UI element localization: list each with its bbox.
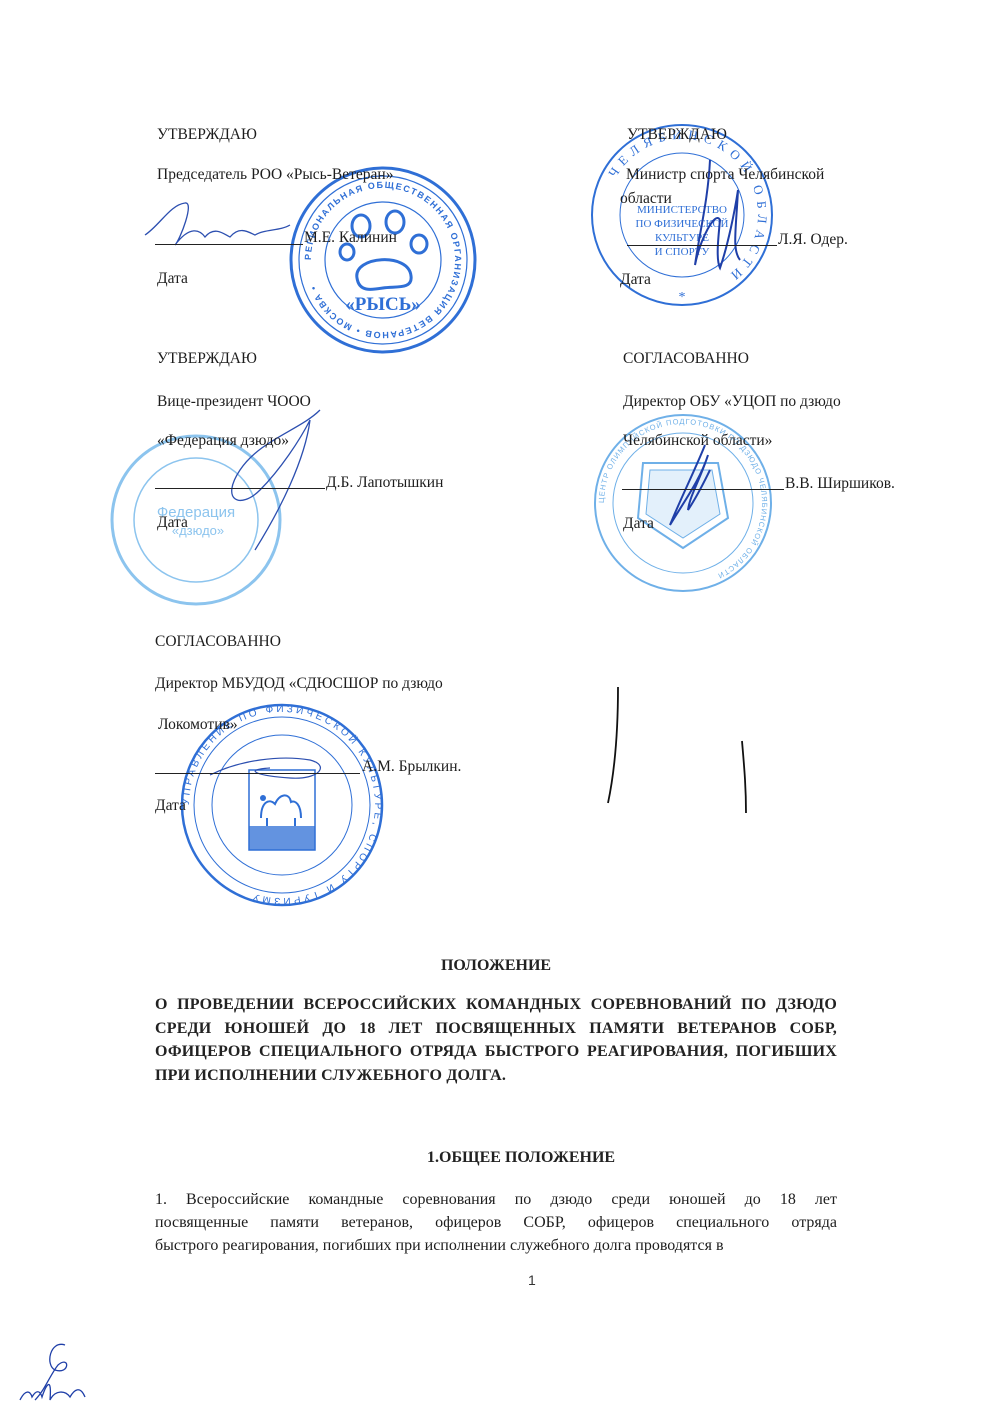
date-label: Дата [620,271,651,289]
ministry-stamp: ЧЕЛЯБИНСКОЙ ОБЛАСТИ МИНИСТЕРСТВО ПО ФИЗИ… [587,115,777,315]
handwritten-marks [600,685,760,815]
paragraph-line: быстрого реагирования, погибших при испо… [155,1234,837,1257]
date-label: Дата [157,270,188,288]
svg-text:КУЛЬТУРЕ: КУЛЬТУРЕ [655,232,709,244]
signature-shirshikov [660,440,720,530]
approval-position-cont: Челябинской области» [623,432,772,450]
initials-signature [10,1335,110,1403]
svg-text:И СПОРТУ: И СПОРТУ [655,246,710,258]
approval-name: М.Е. Калинин [304,229,397,247]
approval-name: А.М. Брылкин. [362,758,461,776]
signature-line [627,245,777,246]
approval-position-cont: Локомотив» [158,716,238,734]
document-subtitle: О ПРОВЕДЕНИИ ВСЕРОССИЙСКИХ КОМАНДНЫХ СОР… [155,993,837,1087]
approval-position-cont: «Федерация дзюдо» [157,432,289,450]
approval-position: Председатель РОО «Рысь-Ветеран» [157,166,393,184]
approval-position-cont: области [620,190,672,208]
approval-name: В.В. Ширшиков. [785,475,895,493]
signature-line [622,489,784,490]
svg-text:УПРАВЛЕНИЕ ПО ФИЗИЧЕСКОЙ КУЛЬТ: УПРАВЛЕНИЕ ПО ФИЗИЧЕСКОЙ КУЛЬТУРЕ, СПОРТ… [181,704,383,906]
approval-name: Д.Б. Лапотышкин [326,474,443,492]
approval-heading: УТВЕРЖДАЮ [627,126,727,144]
document-title: ПОЛОЖЕНИЕ [0,957,992,975]
approval-position: Директор ОБУ «УЦОП по дзюдо [623,393,841,411]
signature-kalinin [140,195,300,255]
signature-lapotyshkin [200,400,330,560]
svg-text:*: * [679,290,686,305]
approval-position: Министр спорта Челябинской [626,166,824,184]
document-title-text: ПОЛОЖЕНИЕ [441,957,551,975]
svg-text:ПО ФИЗИЧЕСКОЙ: ПО ФИЗИЧЕСКОЙ [636,218,729,230]
signature-line [155,773,360,774]
approval-position: Директор МБУДОД «СДЮСШОР по дзюдо [155,675,443,693]
approval-position: Вице-президент ЧООО [157,393,311,411]
signature-line [155,244,303,245]
approval-heading: УТВЕРЖДАЮ [157,126,257,144]
signature-brylkin [200,740,340,790]
body-paragraph: 1. Всероссийские командные соревнования … [155,1188,837,1257]
rys-stamp: РЕГИОНАЛЬНАЯ ОБЩЕСТВЕННАЯ ОРГАНИЗАЦИЯ ВЕ… [283,160,483,360]
approval-name: Л.Я. Одер. [778,231,848,249]
date-label: Дата [157,514,188,532]
page-number: 1 [528,1272,536,1288]
approval-heading: СОГЛАСОВАННО [623,350,749,368]
section-heading: 1.ОБЩЕЕ ПОЛОЖЕНИЕ [427,1149,615,1167]
approval-heading: СОГЛАСОВАННО [155,633,281,651]
date-label: Дата [623,515,654,533]
svg-text:«РЫСЬ»: «РЫСЬ» [345,294,421,315]
date-label: Дата [155,797,186,815]
paragraph-line: 1. Всероссийские командные соревнования … [155,1188,837,1211]
svg-text:РЕГИОНАЛЬНАЯ ОБЩЕСТВЕННАЯ ОРГА: РЕГИОНАЛЬНАЯ ОБЩЕСТВЕННАЯ ОРГАНИЗАЦИЯ ВЕ… [303,180,463,340]
federation-stamp: Федерация «дзюдо» [106,425,286,615]
approval-heading: УТВЕРЖДАЮ [157,350,257,368]
paragraph-line: посвященные памяти ветеранов, офицеров С… [155,1211,837,1234]
signature-line [155,488,325,489]
